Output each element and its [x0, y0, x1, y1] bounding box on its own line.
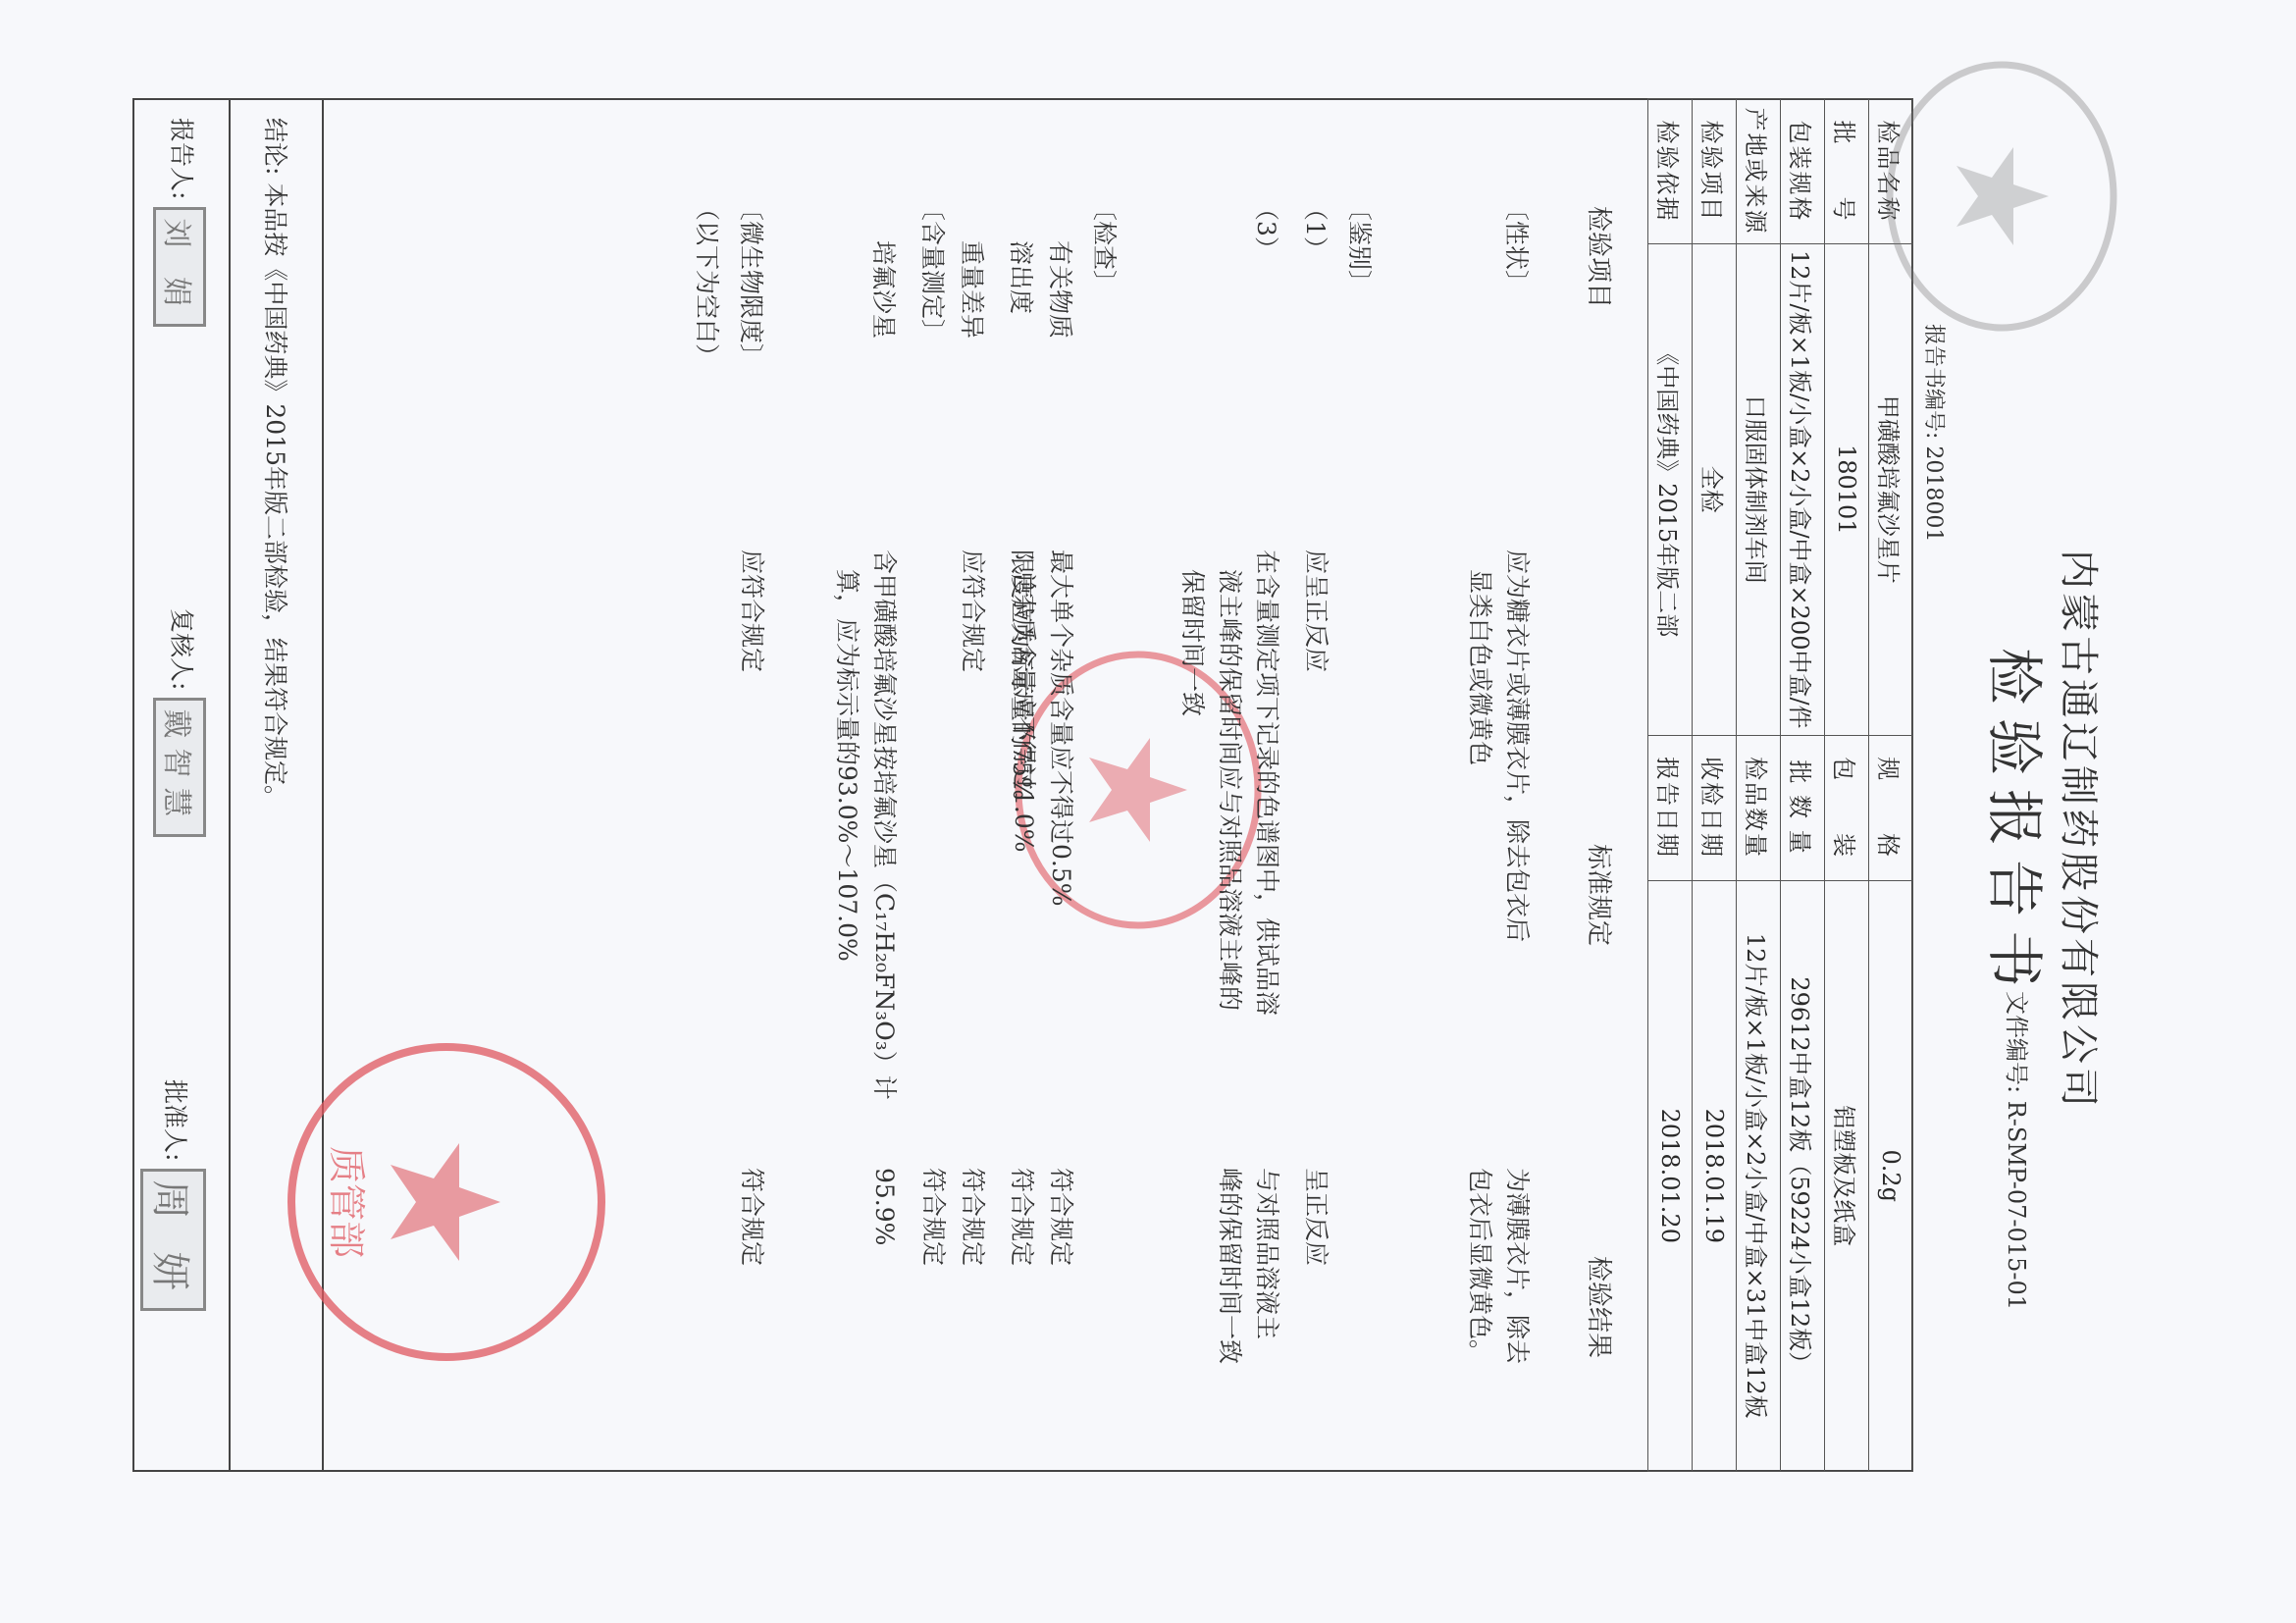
info-label: 报告日期 — [1648, 735, 1693, 880]
info-value: 全检 — [1693, 244, 1737, 736]
result-standard-line: 含甲磺酸培氟沙星按培氟沙星（C₁₇H₂₀FN₃O₃）计 — [865, 550, 903, 1100]
result-value-line: 符合规定 — [733, 1168, 770, 1266]
divider — [322, 98, 324, 1472]
info-row: 检品名称甲磺酸培氟沙星片规 格0.2g — [1869, 99, 1913, 1472]
result-standard-line: 算，应为标示量的93.0%～107.0% — [828, 569, 865, 962]
info-value: 12片/板×1板/小盒×2小盒/中盒×31中盒12板 — [1737, 880, 1781, 1471]
result-standard-line: 在含量测定项下记录的色谱图中，供试品溶 — [1248, 550, 1285, 1016]
result-item-name: 溶出度 — [1005, 240, 1040, 314]
result-standard-line: 液主峰的保留时间应与对照品溶液主峰的 — [1211, 569, 1248, 1011]
result-value-line: 包衣后显微黄色。 — [1461, 1168, 1498, 1364]
reviewer-seal: 戴智慧 — [153, 698, 206, 837]
result-standard-line: 应符合规定 — [954, 550, 991, 672]
result-value-line: 与对照品溶液主 — [1248, 1168, 1285, 1339]
info-value: 180101 — [1825, 244, 1869, 736]
result-item-name: 〔检查〕 — [1088, 196, 1123, 294]
result-item-name: 重量差异 — [956, 240, 991, 339]
info-value: 12片/板×1板/小盒×2小盒/中盒×200中盒/件 — [1781, 244, 1825, 736]
result-value-line: 符合规定 — [954, 1168, 991, 1266]
info-label: 检品名称 — [1869, 99, 1913, 244]
info-value: 甲磺酸培氟沙星片 — [1869, 244, 1913, 736]
conclusion-label: 结论: — [261, 118, 289, 175]
report-number: 报告书编号: 2018001 — [1920, 324, 1951, 542]
info-label: 检验项目 — [1693, 99, 1737, 244]
column-header-item: 检验项目 — [1583, 206, 1619, 308]
info-value: 2018.01.19 — [1693, 880, 1737, 1471]
info-label: 产地或来源 — [1737, 99, 1781, 244]
approver-label: 批准人: — [161, 1079, 189, 1161]
column-header-standard: 标准规定 — [1583, 844, 1619, 946]
info-label: 检验依据 — [1648, 99, 1693, 244]
info-value: 铝塑板及纸盒 — [1825, 880, 1869, 1471]
document-title: 检验报告书 — [1978, 648, 2061, 1001]
result-item-name: （3） — [1250, 196, 1285, 261]
info-value: 口服固体制剂车间 — [1737, 244, 1781, 736]
result-item-name: 〔微生物限度〕 — [735, 196, 770, 368]
info-label: 规 格 — [1869, 735, 1913, 880]
info-label: 包 装 — [1825, 735, 1869, 880]
reporter-label: 报告人: — [168, 118, 196, 199]
result-item-name: 培氟沙星 — [867, 240, 903, 339]
info-row: 包装规格12片/板×1板/小盒×2小盒/中盒×200中盒/件批 数 量29612… — [1781, 99, 1825, 1472]
result-item-name: 〔性状〕 — [1500, 196, 1536, 294]
result-value-line: 符合规定 — [914, 1168, 952, 1266]
file-number-value: R-SMP-07-015-01 — [2003, 1101, 2030, 1310]
info-row: 检验项目全检收检日期2018.01.19 — [1693, 99, 1737, 1472]
result-value-line: 符合规定 — [1003, 1168, 1040, 1266]
result-standard-line: 应符合规定 — [733, 550, 770, 672]
info-value: 2018.01.20 — [1648, 880, 1693, 1471]
inspection-report-page: 内蒙古通辽制药股份有限公司 检验报告书 文件编号: R-SMP-07-015-0… — [0, 0, 2296, 1623]
conclusion: 结论: 本品按《中国药典》2015年版二部检验，结果符合规定。 — [259, 118, 294, 810]
result-standard-line: 显类白色或微黄色 — [1461, 569, 1498, 765]
result-value-line: 呈正反应 — [1297, 1168, 1334, 1266]
report-number-value: 2018001 — [1921, 445, 1946, 542]
result-standard-line: 应为糖衣片或薄膜衣片，除去包衣后 — [1498, 550, 1536, 942]
info-label: 收检日期 — [1693, 735, 1737, 880]
result-item-name: 〔含量测定〕 — [916, 196, 952, 343]
column-header-result: 检验结果 — [1583, 1256, 1619, 1358]
info-label: 批 号 — [1825, 99, 1869, 244]
result-item-name: （1） — [1299, 196, 1334, 261]
info-label: 批 数 量 — [1781, 735, 1825, 880]
info-row: 批 号180101包 装铝塑板及纸盒 — [1825, 99, 1869, 1472]
file-number-label: 文件编号: — [2003, 991, 2030, 1093]
info-value: 0.2g — [1869, 880, 1913, 1471]
company-name: 内蒙古通辽制药股份有限公司 — [2054, 550, 2110, 1111]
divider — [229, 98, 231, 1472]
result-item-name: （以下为空白） — [691, 196, 726, 368]
file-number: 文件编号: R-SMP-07-015-01 — [2002, 991, 2036, 1310]
info-label: 检品数量 — [1737, 735, 1781, 880]
approver-seal: 周 妍 — [140, 1169, 206, 1311]
info-value: 《中国药典》2015年版二部 — [1648, 244, 1693, 736]
product-info-table: 检品名称甲磺酸培氟沙星片规 格0.2g批 号180101包 装铝塑板及纸盒包装规… — [1647, 98, 1913, 1472]
result-standard-line: 限度应为标示量的75% — [1003, 550, 1040, 801]
reporter-seal: 刘 娟 — [153, 207, 206, 327]
result-standard-line: 最大单个杂质含量应不得过0.5% — [1042, 550, 1079, 907]
reviewer-signature: 复核人: 戴智慧 — [153, 608, 206, 837]
info-value: 29612中盒12板（59224小盒12板） — [1781, 880, 1825, 1471]
reviewer-label: 复核人: — [168, 608, 196, 690]
result-item-name: 有关物质 — [1044, 240, 1079, 339]
approver-signature: 批准人: 周 妍 — [140, 1079, 206, 1311]
result-value-line: 为薄膜衣片，除去 — [1498, 1168, 1536, 1364]
info-row: 检验依据《中国药典》2015年版二部报告日期2018.01.20 — [1648, 99, 1693, 1472]
company-seal-stamp-top — [1884, 59, 2119, 334]
report-number-label: 报告书编号: — [1921, 324, 1946, 439]
conclusion-text: 本品按《中国药典》2015年版二部检验，结果符合规定。 — [261, 183, 289, 810]
result-value-line: 峰的保留时间一致 — [1211, 1168, 1248, 1364]
info-label: 包装规格 — [1781, 99, 1825, 244]
reporter-signature: 报告人: 刘 娟 — [153, 118, 206, 327]
result-standard-line: 保留时间一致 — [1174, 569, 1211, 716]
seal-icon — [1884, 59, 2119, 334]
result-value-line: 符合规定 — [1042, 1168, 1079, 1266]
result-value-line: 95.9% — [865, 1168, 903, 1245]
info-row: 产地或来源口服固体制剂车间检品数量12片/板×1板/小盒×2小盒/中盒×31中盒… — [1737, 99, 1781, 1472]
result-standard-line: 应呈正反应 — [1297, 550, 1334, 672]
result-item-name: 〔鉴别〕 — [1343, 196, 1379, 294]
